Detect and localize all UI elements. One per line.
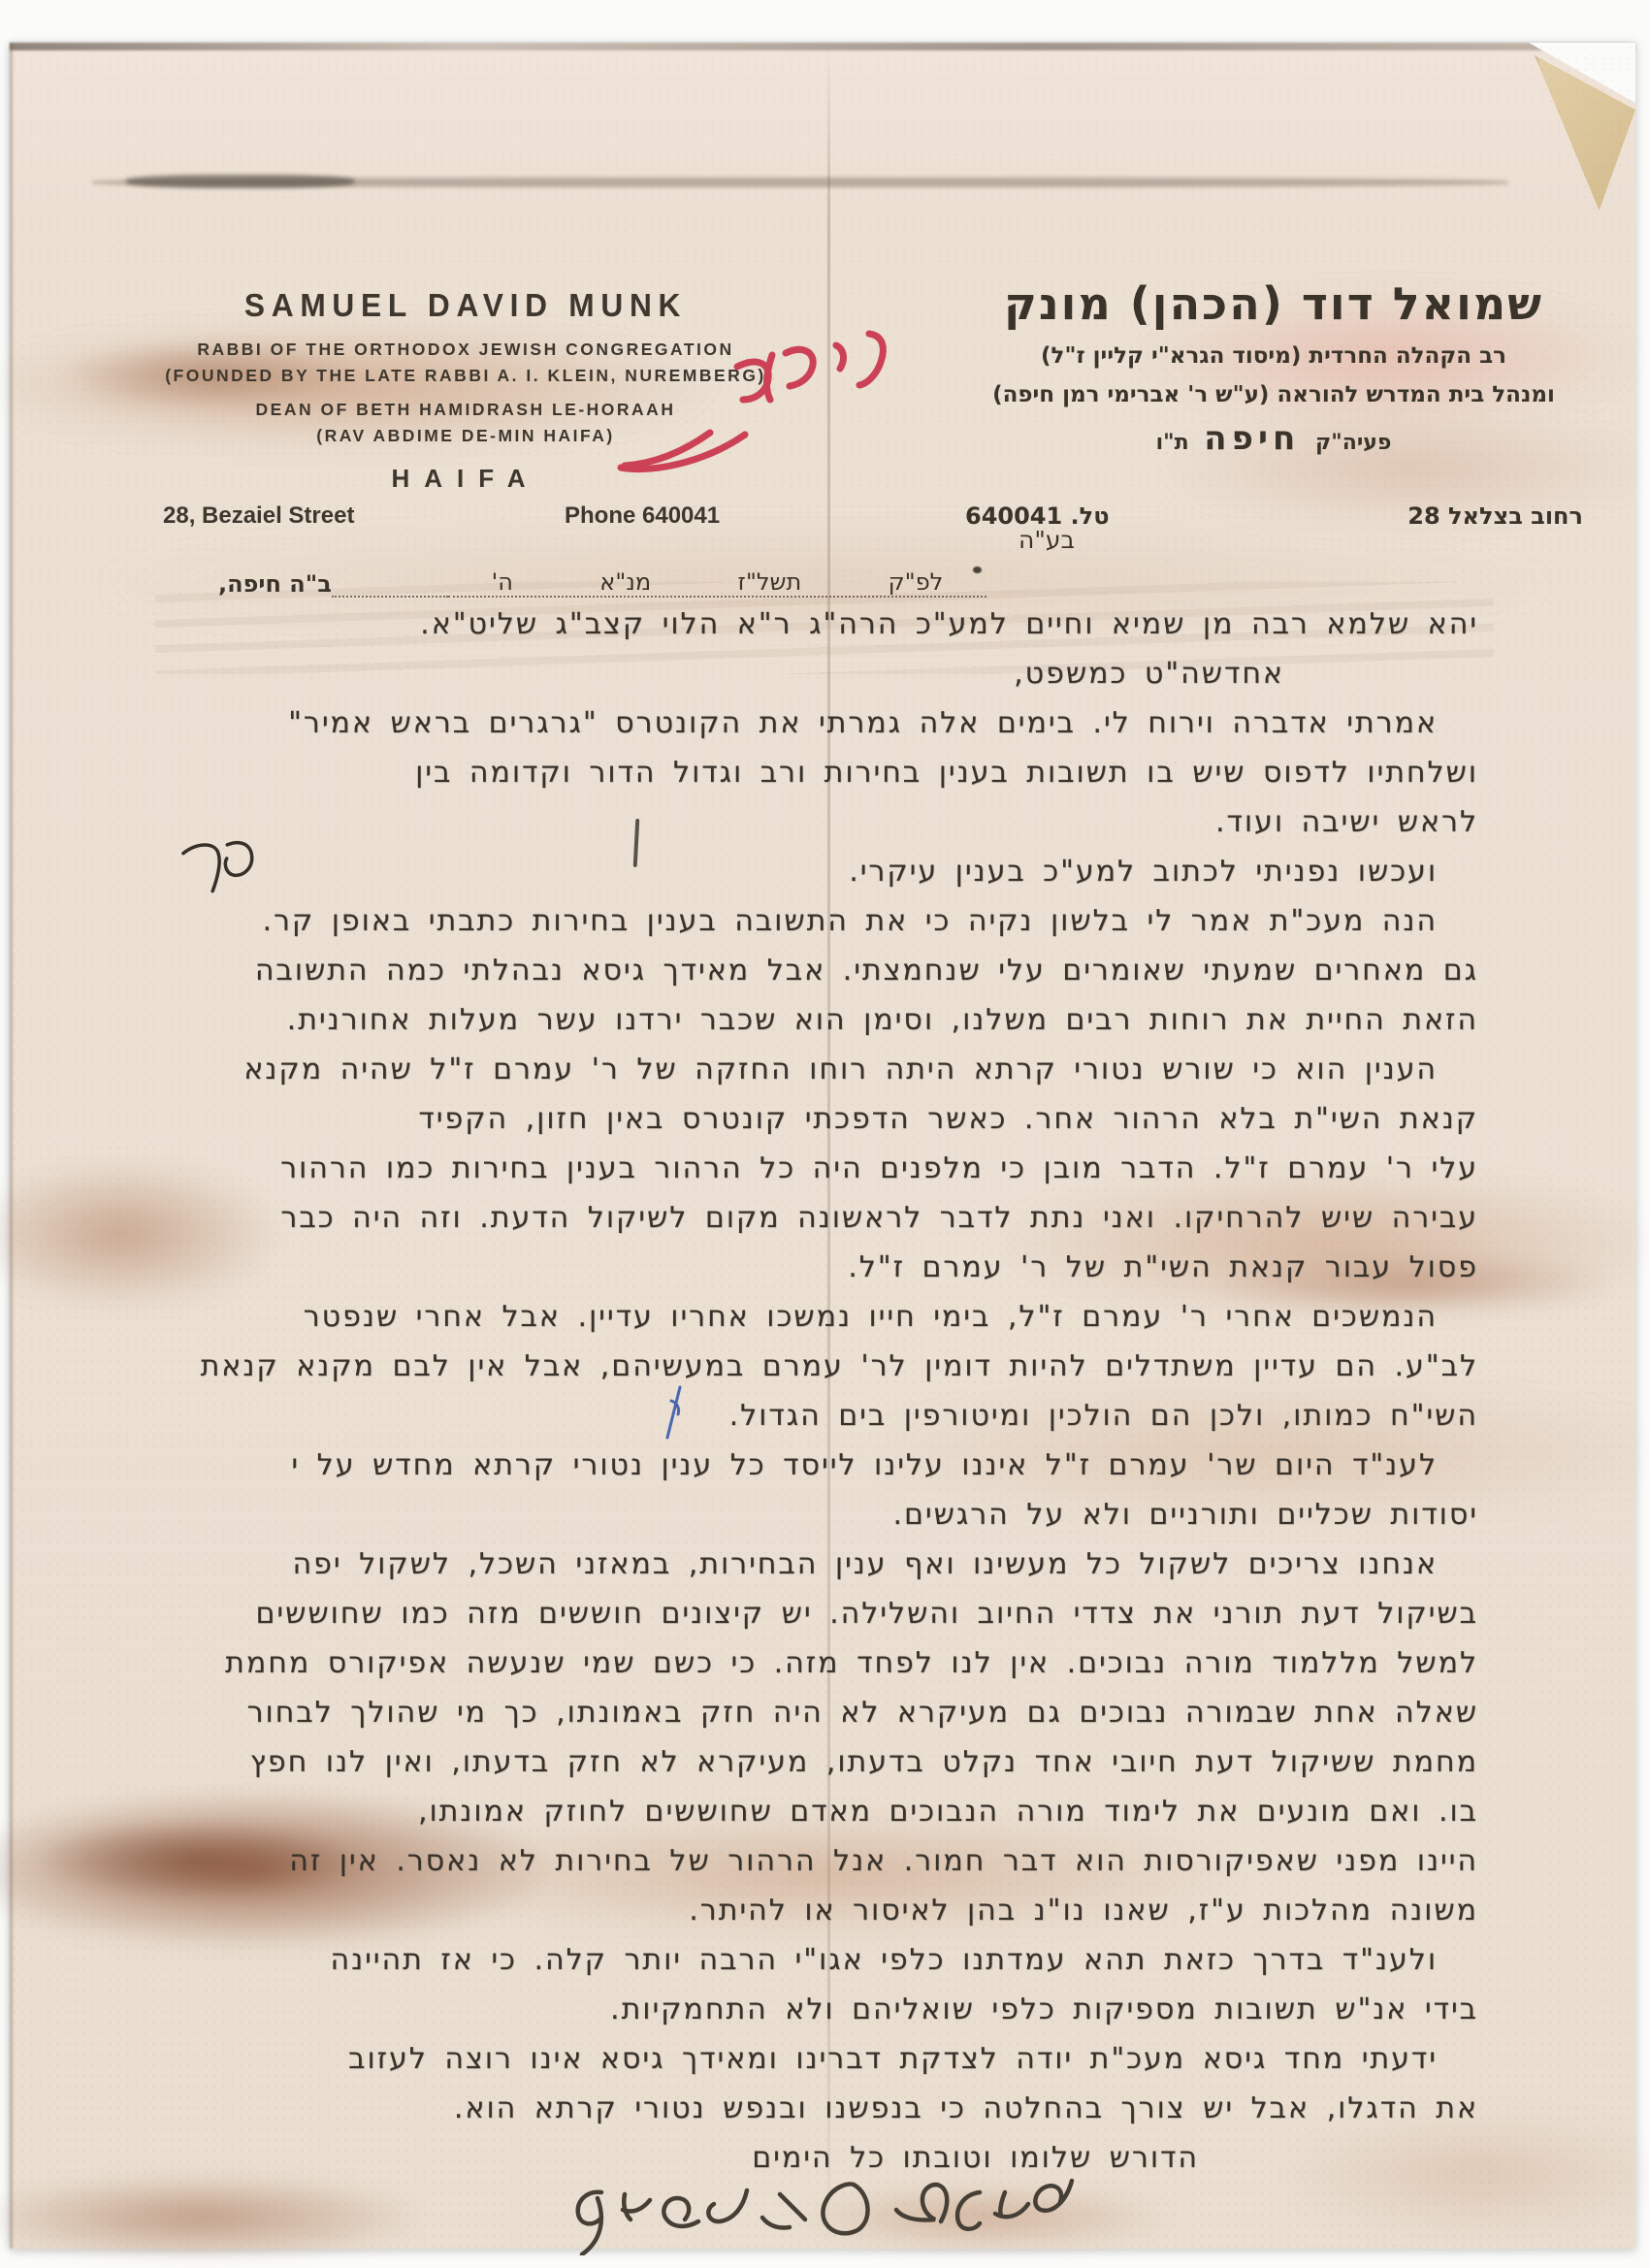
letter-line: היינו מפני שאפיקורסות הוא דבר חמור. אנל …	[116, 1836, 1478, 1886]
letter-line: אמרתי אדברה וירוח לי. בימים אלה גמרתי את…	[116, 698, 1478, 748]
sender-city-hebrew: פעיה"ק חיפה ת"ו	[931, 419, 1616, 458]
sender-name-hebrew: שמואל דוד (הכהן) מונק	[931, 277, 1616, 330]
letter-line: אנחנו צריכים לשקול כל מעשינו ואף ענין הב…	[116, 1539, 1478, 1589]
letter-line: הענין הוא כי שורש נטורי קרתא היתה רוחו ה…	[116, 1045, 1478, 1094]
scanned-letter-page: { "letterhead_en": { "name": "SAMUEL DAV…	[0, 0, 1649, 2268]
fold-crease	[92, 178, 1508, 187]
stain	[0, 2173, 427, 2262]
letter-line: עבירה שיש להרחיקו. ואני נתת לדבר לראשונה…	[116, 1193, 1478, 1243]
letter-line: ועכשו נפניתי לכתוב למע"כ בענין עיקרי.	[116, 847, 1478, 896]
letter-line: ושלחתיו לדפוס שיש בו תשובות בענין בחירות…	[116, 748, 1478, 797]
city-name: חיפה	[1196, 419, 1308, 458]
letter-line: בידי אנ"ש תשובות מספיקות כלפי שואליהם ול…	[116, 1985, 1478, 2034]
letter-line: למשל מללמוד מורה נבוכים. אין לנו לפחד מז…	[116, 1638, 1478, 1688]
letterhead-hebrew: שמואל דוד (הכהן) מונק רב הקהלה החרדית (מ…	[931, 277, 1616, 458]
date-token: תשל"ז	[738, 568, 802, 596]
letter-body: יהא שלמא רבה מן שמיא וחיים למע"כ הרה"ג ר…	[116, 599, 1478, 2183]
letter-paper: SAMUEL DAVID MUNK RABBI OF THE ORTHODOX …	[10, 43, 1635, 2249]
date-label: ב"ה חיפה,	[218, 570, 332, 598]
letter-line: יסודות שכליים ותורניים ולא על הרגשים.	[116, 1490, 1478, 1539]
letter-line: הנמשכים אחרי ר' עמרם ז"ל, בימי חייו נמשכ…	[116, 1292, 1478, 1342]
letter-line: בשיקול דעת תורני את צדדי החיוב והשלילה. …	[116, 1589, 1478, 1638]
letter-line: קנאת השי"ת בלא הרהור אחר. כאשר הדפכתי קו…	[116, 1094, 1478, 1144]
date-token: לפ"ק	[889, 568, 944, 596]
phone-english: Phone 640041	[565, 502, 720, 530]
letter-line: שאלה אחת שבמורה נבוכים גם מעיקרא לא היה …	[116, 1688, 1478, 1737]
signature-handwriting	[524, 2163, 1096, 2255]
letter-line: בו. ואם מונעים את לימוד מורה הנבוכים מאד…	[116, 1787, 1478, 1836]
letter-line: יהא שלמא רבה מן שמיא וחיים למע"כ הרה"ג ר…	[116, 599, 1478, 649]
letter-line: לענ"ד היום שר' עמרם ז"ל איננו עלינו לייס…	[116, 1441, 1478, 1490]
fold-crease	[126, 175, 354, 188]
letter-line: אחדשה"ט כמשפט,	[116, 649, 1478, 698]
street-address-english: 28, Bezaiel Street	[163, 502, 354, 530]
letter-line: הנה מעכ"ת אמר לי בלשון נקיה כי את התשובה…	[116, 896, 1478, 946]
letter-line: פסול עבור קנאת השי"ת של ר' עמרם ז"ל.	[116, 1243, 1478, 1292]
letter-line: עלי ר' עמרם ז"ל. הדבר מובן כי מלפנים היה…	[116, 1144, 1478, 1193]
sender-title-hebrew: ומנהל בית המדרש להוראה (ע"ש ר' אברימי רמ…	[931, 382, 1616, 407]
sender-name-english: SAMUEL DAVID MUNK	[158, 287, 773, 324]
bsd-mark: בע"ה	[1018, 526, 1075, 554]
dotted-leader	[332, 570, 448, 598]
letter-line: ידעתי מחד גיסא מעכ"ת יודה לצדקת דברינו ו…	[116, 2034, 1478, 2084]
letter-line: משונה מהלכות ע"ז, שאנו נו"נ בהן לאיסור א…	[116, 1886, 1478, 1935]
letter-line: הזאת החיית את רוחות רבים משלנו, וסימן הו…	[116, 995, 1478, 1045]
date-token: ה'	[492, 568, 513, 596]
letter-line: גם מאחרים שמעתי שאומרים עלי שנחמצתי. אבל…	[116, 946, 1478, 995]
sender-title-hebrew: רב הקהלה החרדית (מיסוד הגרא"י קליין ז"ל)	[931, 343, 1616, 369]
city-suffix: ת"ו	[1156, 431, 1189, 455]
street-address-hebrew: רחוב בצלאל 28	[1407, 502, 1583, 530]
letter-line: מחמת ששיקול דעת חיובי אחד נקלט בדעתו, מע…	[116, 1737, 1478, 1787]
paper-edge	[10, 43, 13, 2249]
red-ink-scribble	[582, 320, 912, 485]
letter-line: השי"ח כמותו, ולכן הם הולכין ומיטורפין בי…	[116, 1391, 1478, 1441]
typed-date: ה' מנ"א תשל"ז לפ"ק	[448, 565, 986, 598]
letter-line: לראש ישיבה ועוד.	[116, 797, 1478, 847]
date-line: ב"ה חיפה, ה' מנ"א תשל"ז לפ"ק	[218, 565, 986, 598]
letter-line: ולענ"ד בדרך כזאת תהא עמדתנו כלפי אגו"י ה…	[116, 1935, 1478, 1985]
city-prefix: פעיה"ק	[1315, 431, 1391, 455]
letter-line: את הדגלו, אבל יש צורך בהחלטה כי בנפשנו ו…	[116, 2084, 1478, 2133]
date-token: מנ"א	[599, 568, 651, 596]
letter-line: לב"ע. הם עדיין משתדלים להיות דומין לר' ע…	[116, 1342, 1478, 1391]
